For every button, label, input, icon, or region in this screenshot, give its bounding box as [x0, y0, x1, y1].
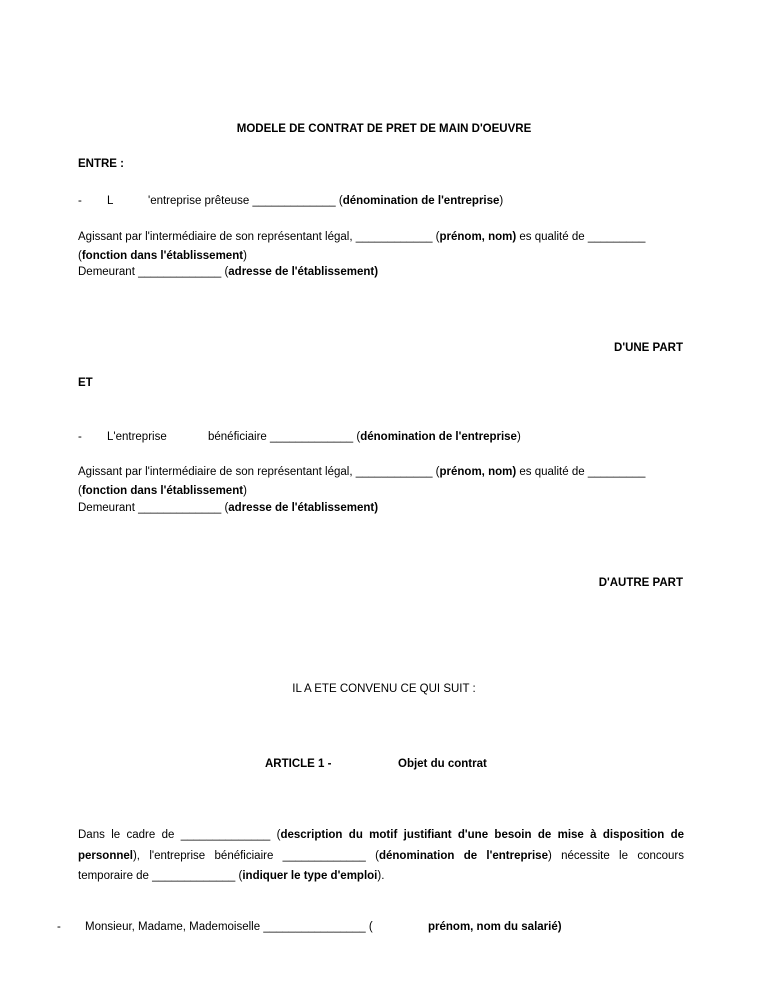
- representative-blank: ____________: [356, 231, 433, 243]
- motif-blank: ______________: [181, 829, 271, 841]
- article-number: ARTICLE 1 -: [265, 758, 331, 770]
- employee-hint: prénom, nom du salarié): [428, 921, 562, 933]
- function-blank: _________: [588, 466, 646, 478]
- party-label: 'entreprise prêteuse: [148, 195, 249, 207]
- party-label-line: bénéficiaire _____________ (dénomination…: [208, 431, 521, 443]
- article-paragraph: Dans le cadre de ______________ (descrip…: [78, 825, 684, 887]
- party-label-line: 'entreprise prêteuse _____________ (déno…: [148, 195, 503, 207]
- article-title: Objet du contrat: [398, 758, 487, 770]
- representative-line: Agissant par l'intermédiaire de son repr…: [78, 466, 645, 478]
- function-hint: fonction dans l'établissement: [82, 250, 243, 262]
- representative-hint: prénom, nom): [440, 466, 517, 478]
- representative-blank: ____________: [356, 466, 433, 478]
- address-line: Demeurant _____________ (adresse de l'ét…: [78, 502, 378, 514]
- party-label-letter: L: [107, 195, 113, 207]
- company-name-blank: _____________: [253, 195, 336, 207]
- employee-blank: ________________: [263, 921, 365, 933]
- bullet-dash: -: [78, 431, 82, 443]
- company-hint: dénomination de l'entreprise: [379, 850, 548, 862]
- bullet-dash: -: [57, 921, 61, 933]
- convenu-heading: IL A ETE CONVENU CE QUI SUIT :: [0, 683, 768, 695]
- party-label-1: L'entreprise: [107, 431, 167, 443]
- representative-line: Agissant par l'intermédiaire de son repr…: [78, 231, 645, 243]
- entre-label: ENTRE :: [78, 158, 124, 170]
- address-line: Demeurant _____________ (adresse de l'ét…: [78, 266, 378, 278]
- job-type-hint: indiquer le type d'emploi: [242, 870, 377, 882]
- party-label-2: bénéficiaire: [208, 431, 267, 443]
- et-label: ET: [78, 377, 93, 389]
- address-blank: _____________: [138, 502, 221, 514]
- address-hint: adresse de l'établissement): [228, 266, 378, 278]
- function-line: (fonction dans l'établissement): [78, 250, 247, 262]
- employee-label: Monsieur, Madame, Mademoiselle: [85, 921, 260, 933]
- employee-line: Monsieur, Madame, Mademoiselle _________…: [85, 921, 373, 933]
- company-name-hint: dénomination de l'entreprise: [360, 431, 517, 443]
- representative-hint: prénom, nom): [440, 231, 517, 243]
- function-blank: _________: [588, 231, 646, 243]
- d-autre-part-label: D'AUTRE PART: [599, 577, 683, 589]
- document-title: MODELE DE CONTRAT DE PRET DE MAIN D'OEUV…: [0, 123, 768, 135]
- company-name-blank: _____________: [270, 431, 353, 443]
- function-line: (fonction dans l'établissement): [78, 485, 247, 497]
- company-blank: _____________: [283, 850, 366, 862]
- d-une-part-label: D'UNE PART: [614, 342, 683, 354]
- job-type-blank: _____________: [152, 870, 235, 882]
- company-name-hint: dénomination de l'entreprise: [343, 195, 500, 207]
- bullet-dash: -: [78, 195, 82, 207]
- address-hint: adresse de l'établissement): [228, 502, 378, 514]
- address-blank: _____________: [138, 266, 221, 278]
- function-hint: fonction dans l'établissement: [82, 485, 243, 497]
